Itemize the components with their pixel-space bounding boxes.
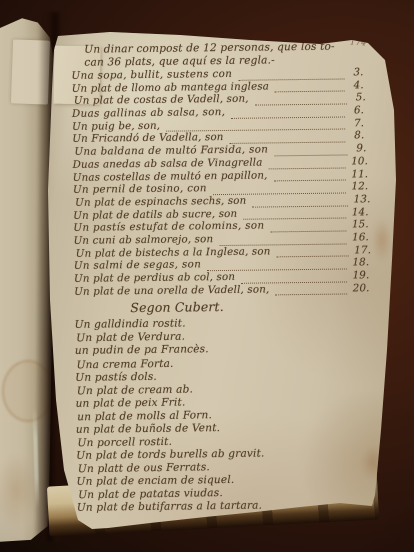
dish-text: Unas costellas de multó en papillon,: [73, 169, 268, 184]
dish-count: 18.: [350, 256, 372, 269]
dish-count: 3.: [347, 66, 369, 79]
dish-text: Un plat de una orella de Vadell, son,: [74, 283, 269, 298]
menu-line: Un plat de una orella de Vadell, son,20.: [74, 282, 372, 298]
handwritten-text-block: Un dinar compost de 12 personas, que los…: [71, 40, 375, 515]
left-page-ink-mark: ʃ,: [0, 113, 2, 127]
section-heading: Segon Cubert.: [130, 298, 372, 317]
dish-count: 15.: [349, 218, 371, 231]
dish-count: 6.: [348, 104, 370, 117]
dish-text: Un plat de bistechs a la Inglesa, son: [76, 245, 271, 260]
dish-text: Un plat de espinachs sechs, son: [75, 195, 246, 210]
dotted-leader: [275, 290, 347, 295]
dish-count: 19.: [350, 269, 372, 282]
dish-count: 5.: [350, 92, 372, 105]
dotted-leader: [270, 227, 346, 232]
dish-count: 4.: [348, 79, 370, 92]
dish-text: Un plat de costas de Vadell, son,: [74, 93, 249, 108]
dotted-leader: [268, 164, 345, 169]
dish-count: 8.: [348, 130, 370, 143]
dish-text: Duas gallinas ab salsa, son,: [72, 106, 226, 121]
dish-count: 12.: [349, 180, 371, 193]
dish-count: 13.: [351, 193, 373, 206]
dish-count: 11.: [349, 168, 371, 181]
dish-text: Un pastís estufat de colomins, son: [73, 220, 264, 235]
dish-count: 10.: [349, 155, 371, 168]
dish-text: Una baldana de multó Farsida, son: [74, 144, 268, 159]
dish-count: 9.: [350, 142, 372, 155]
paper-stain: [372, 218, 392, 262]
dish-count: 7.: [348, 117, 370, 130]
dish-count: 16.: [349, 231, 371, 244]
manuscript-photo: ʃ, 174 Un dinar compost de 12 personas, …: [0, 0, 414, 552]
dish-count: 17.: [352, 244, 374, 257]
dotted-leader: [274, 151, 347, 156]
dotted-leader: [274, 176, 346, 181]
paper-stain: [0, 454, 38, 528]
dotted-leader: [276, 252, 348, 257]
dish-count: 14.: [349, 206, 371, 219]
dish-count: 20.: [350, 282, 372, 295]
manuscript-page: 174 Un dinar compost de 12 personas, que…: [44, 30, 400, 530]
